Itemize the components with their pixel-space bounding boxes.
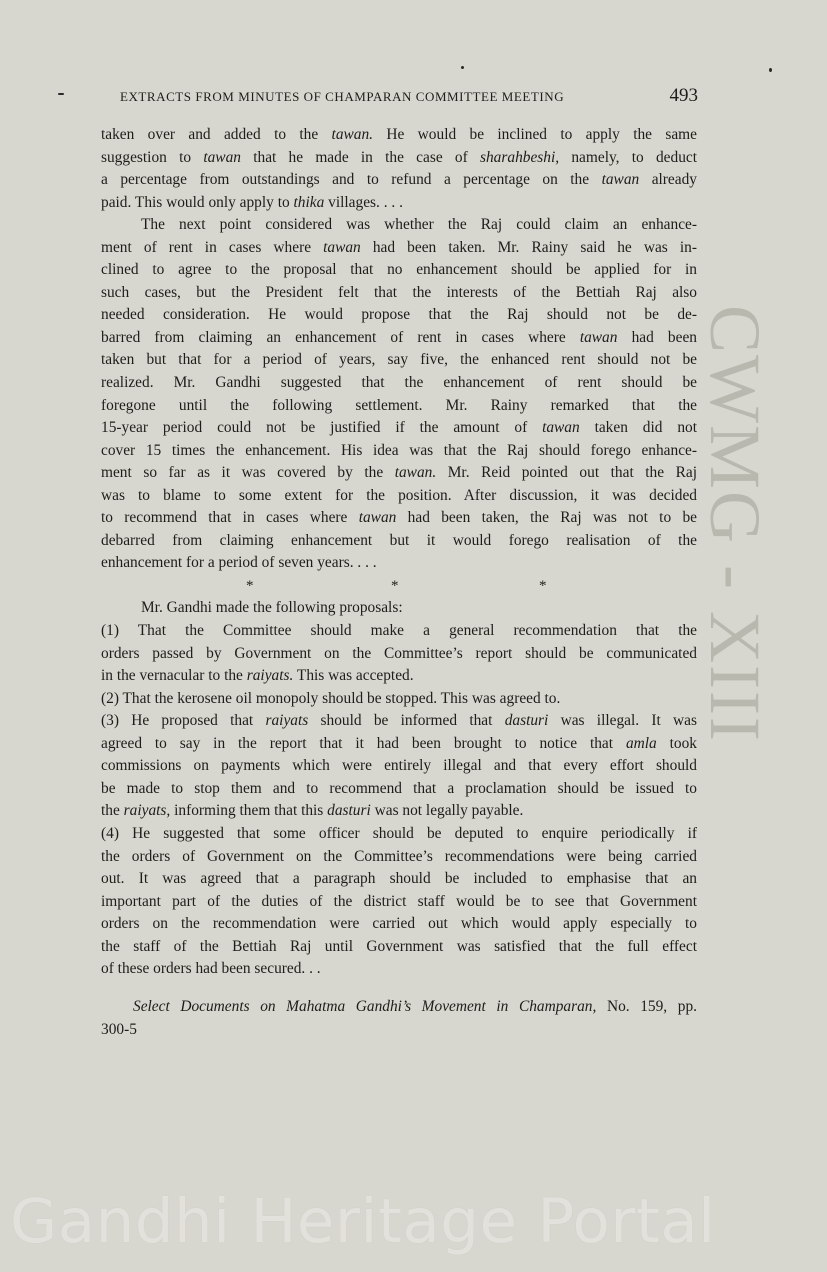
italic-term: raiyats. [247,667,294,684]
text-line: orders passed by Government on the Commi… [101,643,697,666]
italic-term: tawan [203,149,241,166]
text-run: was illegal. It was [548,712,697,729]
text-line: cover 15 times the enhancement. His idea… [101,440,697,463]
text-run: enhancement for a period of seven years.… [101,554,377,571]
text-line: debarred from claiming enhancement but i… [101,530,697,553]
proposals-list: (1) That the Committee should make a gen… [101,620,697,981]
text-run: was to blame to some extent for the posi… [101,487,697,504]
separator-asterisk: * [539,575,547,598]
text-line: (3) He proposed that raiyats should be i… [101,710,697,733]
text-run: took [657,735,697,752]
text-line: (1) That the Committee should make a gen… [101,620,697,643]
italic-term: tawan [602,171,640,188]
text-run: out. It was agreed that a paragraph shou… [101,870,697,887]
text-run: (2) That the kerosene oil monopoly shoul… [101,690,560,707]
text-run: was not legally payable. [371,802,524,819]
watermark-portal: Gandhi Heritage Portal [10,1182,820,1262]
italic-term: raiyats [265,712,308,729]
text-line: enhancement for a period of seven years.… [101,552,697,575]
italic-term: raiyats, [124,802,171,819]
italic-term: thika [294,194,325,211]
text-line: The next point considered was whether th… [101,214,697,237]
text-run: taken but that for a period of years, sa… [101,351,697,368]
running-title: EXTRACTS FROM MINUTES OF CHAMPARAN COMMI… [120,89,564,104]
text-run: namely, to deduct [559,149,697,166]
text-line: ment so far as it was covered by the taw… [101,462,697,485]
italic-term: tawan [580,329,618,346]
italic-term: sharahbeshi, [480,149,559,166]
text-line: the orders of Government on the Committe… [101,846,697,869]
text-run: 15-year period could not be justified if… [101,419,542,436]
running-header: EXTRACTS FROM MINUTES OF CHAMPARAN COMMI… [120,89,698,105]
text-line: was to blame to some extent for the posi… [101,485,697,508]
italic-term: amla [626,735,657,752]
text-line: ment of rent in cases where tawan had be… [101,237,697,260]
scanned-page: EXTRACTS FROM MINUTES OF CHAMPARAN COMMI… [0,0,827,1272]
citation-pages: 300-5 [101,1019,697,1042]
body-text: taken over and added to the tawan. He wo… [101,124,697,981]
text-run: (4) He suggested that some officer shoul… [101,825,697,842]
proposal-item-4: (4) He suggested that some officer shoul… [101,823,697,981]
text-line: a percentage from outstandings and to re… [101,169,697,192]
scan-speck [461,66,464,69]
text-run: orders passed by Government on the Commi… [101,645,697,662]
text-run: should be informed that [308,712,504,729]
text-run: realized. Mr. Gandhi suggested that the … [101,374,697,391]
italic-term: tawan [542,419,580,436]
text-line: such cases, but the President felt that … [101,282,697,305]
citation-reference: No. 159, pp. [596,998,697,1015]
text-run: Mr. Reid pointed out that the Raj [436,464,697,481]
text-line: out. It was agreed that a paragraph shou… [101,868,697,891]
text-run: paid. This would only apply to [101,194,294,211]
text-line: agreed to say in the report that it had … [101,733,697,756]
text-run: clined to agree to the proposal that no … [101,261,697,278]
text-run: ment so far as it was covered by the [101,464,395,481]
italic-term: dasturi [327,802,371,819]
text-run: the [101,802,124,819]
text-line: (2) That the kerosene oil monopoly shoul… [101,688,697,711]
text-line: needed consideration. He would propose t… [101,304,697,327]
text-run: taken over and added to the [101,126,332,143]
text-run: suggestion to [101,149,203,166]
citation-title: Select Documents on Mahatma Gandhi’s Mov… [133,998,596,1015]
text-line: taken but that for a period of years, sa… [101,349,697,372]
text-run: the staff of the Bettiah Raj until Gover… [101,938,697,955]
text-line: foregone until the following settlement.… [101,395,697,418]
text-run: that he made in the case of [241,149,480,166]
italic-term: tawan. [332,126,373,143]
text-run: commissions on payments which were entir… [101,757,697,774]
text-run: barred from claiming an enhancement of r… [101,329,580,346]
text-run: the orders of Government on the Committe… [101,848,697,865]
text-run: of these orders had been secured. . . [101,960,321,977]
page-number: 493 [670,85,699,107]
section-separator: * * * [101,575,697,598]
separator-asterisk: * [246,575,254,598]
italic-term: tawan [323,239,361,256]
text-line: important part of the duties of the dist… [101,891,697,914]
text-line: be made to stop them and to recommend th… [101,778,697,801]
text-run: villages. . . . [324,194,403,211]
text-run: had been taken, the Raj was not to be [396,509,697,526]
text-run: important part of the duties of the dist… [101,893,697,910]
text-run: informing them that this [170,802,327,819]
text-run: in the vernacular to the [101,667,247,684]
text-line: commissions on payments which were entir… [101,755,697,778]
text-line: clined to agree to the proposal that no … [101,259,697,282]
text-run: agreed to say in the report that it had … [101,735,626,752]
text-line: (4) He suggested that some officer shoul… [101,823,697,846]
text-line: taken over and added to the tawan. He wo… [101,124,697,147]
text-run: a percentage from outstandings and to re… [101,171,602,188]
text-run: (3) He proposed that [101,712,265,729]
text-run: He would be inclined to apply the same [373,126,697,143]
text-run: ment of rent in cases where [101,239,323,256]
scan-speck [769,68,772,72]
proposal-item-1: (1) That the Committee should make a gen… [101,620,697,688]
text-run: This was accepted. [293,667,413,684]
proposals-intro: Mr. Gandhi made the following proposals: [101,597,697,620]
citation-line-1: Select Documents on Mahatma Gandhi’s Mov… [101,996,697,1019]
text-run: be made to stop them and to recommend th… [101,780,697,797]
text-run: to recommend that in cases where [101,509,359,526]
text-run: had been [617,329,697,346]
text-run: had been taken. Mr. Rainy said he was in… [361,239,697,256]
text-run: needed consideration. He would propose t… [101,306,697,323]
italic-term: tawan. [395,464,436,481]
paragraph-tawan-refund: taken over and added to the tawan. He wo… [101,124,697,214]
proposal-item-2: (2) That the kerosene oil monopoly shoul… [101,688,697,711]
text-line: paid. This would only apply to thika vil… [101,192,697,215]
text-line: orders on the recommendation were carrie… [101,913,697,936]
text-run: foregone until the following settlement.… [101,397,697,414]
text-line: realized. Mr. Gandhi suggested that the … [101,372,697,395]
text-run: cover 15 times the enhancement. His idea… [101,442,697,459]
text-line: to recommend that in cases where tawan h… [101,507,697,530]
text-run: The next point considered was whether th… [141,216,697,233]
text-run: orders on the recommendation were carrie… [101,915,697,932]
watermark-volume: CWMG - XIII [700,305,770,945]
text-run: taken did not [580,419,697,436]
text-line: suggestion to tawan that he made in the … [101,147,697,170]
text-line: the raiyats, informing them that this da… [101,800,697,823]
text-run: such cases, but the President felt that … [101,284,697,301]
text-run: debarred from claiming enhancement but i… [101,532,697,549]
italic-term: dasturi [505,712,549,729]
separator-asterisk: * [391,575,399,598]
paragraph-enhancement-of-rent: The next point considered was whether th… [101,214,697,575]
text-line: 15-year period could not be justified if… [101,417,697,440]
text-line: in the vernacular to the raiyats. This w… [101,665,697,688]
text-run: (1) That the Committee should make a gen… [101,622,697,639]
source-citation: Select Documents on Mahatma Gandhi’s Mov… [101,996,697,1041]
text-line: of these orders had been secured. . . [101,958,697,981]
text-run: already [639,171,697,188]
scan-speck [58,93,64,95]
italic-term: tawan [359,509,397,526]
text-line: the staff of the Bettiah Raj until Gover… [101,936,697,959]
proposal-item-3: (3) He proposed that raiyats should be i… [101,710,697,823]
text-line: barred from claiming an enhancement of r… [101,327,697,350]
